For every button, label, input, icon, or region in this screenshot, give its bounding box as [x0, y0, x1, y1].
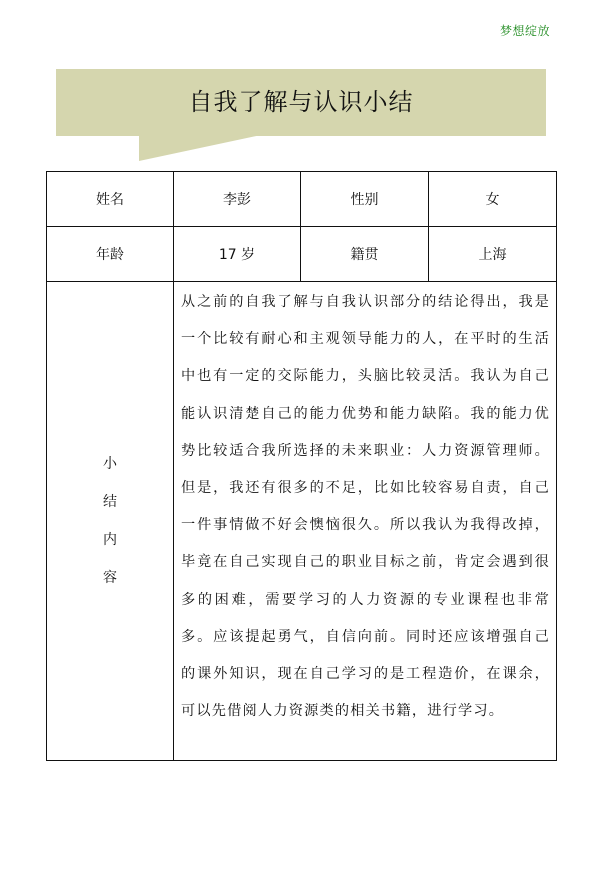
age-value: 17 岁 [174, 227, 301, 282]
age-label: 年龄 [47, 227, 174, 282]
summary-text: 从之前的自我了解与自我认识部分的结论得出，我是一个比较有耐心和主观领导能力的人，… [181, 284, 550, 730]
summary-label-char: 小 [103, 445, 117, 483]
summary-label-char: 结 [103, 483, 117, 521]
summary-label-cell: 小 结 内 容 [47, 282, 174, 761]
summary-content-cell: 从之前的自我了解与自我认识部分的结论得出，我是一个比较有耐心和主观领导能力的人，… [174, 282, 557, 761]
gender-value: 女 [429, 172, 557, 227]
table-row: 年龄 17 岁 籍贯 上海 [47, 227, 557, 282]
page-title: 自我了解与认识小结 [56, 69, 546, 136]
summary-label-char: 内 [103, 521, 117, 559]
summary-label: 小 结 内 容 [103, 445, 117, 597]
table-row: 姓名 李彭 性别 女 [47, 172, 557, 227]
title-banner: 自我了解与认识小结 [56, 69, 546, 136]
origin-value: 上海 [429, 227, 557, 282]
summary-label-char: 容 [103, 559, 117, 597]
brand-label: 梦想绽放 [500, 22, 550, 39]
origin-label: 籍贯 [301, 227, 429, 282]
summary-form-table: 姓名 李彭 性别 女 年龄 17 岁 籍贯 上海 小 结 内 容 从之前的自我了… [46, 171, 557, 761]
name-label: 姓名 [47, 172, 174, 227]
table-row: 小 结 内 容 从之前的自我了解与自我认识部分的结论得出，我是一个比较有耐心和主… [47, 282, 557, 761]
name-value: 李彭 [174, 172, 301, 227]
gender-label: 性别 [301, 172, 429, 227]
banner-tail-shape [139, 135, 269, 161]
